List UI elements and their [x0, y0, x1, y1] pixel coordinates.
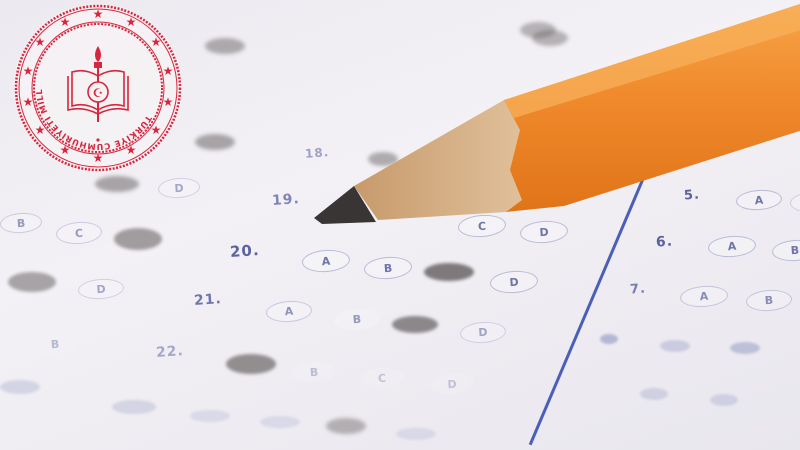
faint-bubble [640, 388, 668, 400]
faint-bubble [112, 400, 156, 414]
option-bubble-b[interactable]: B [291, 360, 336, 383]
svg-text:★: ★ [93, 151, 104, 165]
pencil [314, 0, 800, 240]
faint-bubble [260, 416, 300, 428]
svg-text:★: ★ [93, 7, 104, 21]
ministry-seal-logo: ★★★ ★★★ ★★★ ★★★ ★★ TÜRKİYE CUMHURİYETİ M… [10, 2, 186, 174]
svg-text:★: ★ [23, 64, 34, 78]
svg-text:★: ★ [35, 35, 46, 49]
faint-bubble [710, 394, 738, 406]
svg-text:★: ★ [151, 123, 162, 137]
svg-text:★: ★ [126, 15, 137, 29]
faint-bubble [190, 410, 230, 422]
option-bubble-b[interactable]: B [0, 212, 43, 235]
filled-bubble [8, 272, 56, 292]
option-bubble-b[interactable]: B [745, 288, 792, 312]
question-number: 19. [271, 191, 300, 209]
option-bubble-a[interactable]: A [679, 284, 728, 308]
filled-bubble-c[interactable] [392, 316, 438, 333]
svg-text:★: ★ [126, 143, 137, 157]
option-bubble-b[interactable]: B [771, 238, 800, 262]
svg-text:★: ★ [23, 95, 34, 109]
option-bubble-b[interactable]: B [333, 307, 380, 331]
filled-bubble [205, 38, 245, 54]
filled-bubble [114, 228, 162, 250]
filled-bubble [195, 134, 235, 150]
filled-bubble [95, 176, 139, 192]
option-bubble-a[interactable]: A [301, 248, 350, 273]
question-number: 7. [629, 281, 646, 297]
option-bubble-d[interactable]: D [157, 177, 200, 200]
option-bubble-d[interactable]: D [459, 320, 506, 344]
svg-text:★: ★ [151, 35, 162, 49]
pencil-wood-tip [354, 100, 522, 220]
option-bubble-d[interactable]: D [77, 277, 124, 300]
faint-bubble [660, 340, 690, 352]
svg-text:★: ★ [163, 64, 174, 78]
option-bubble[interactable]: B [31, 332, 78, 355]
svg-text:★: ★ [60, 15, 71, 29]
faint-bubble [600, 334, 618, 344]
faint-bubble [730, 342, 760, 354]
option-bubble-b[interactable]: B [363, 255, 412, 280]
crescent-star-icon: ☪ [93, 86, 104, 100]
option-bubble-c[interactable]: C [55, 220, 102, 245]
svg-text:★: ★ [163, 95, 174, 109]
option-bubble-c[interactable]: C [359, 366, 404, 389]
option-bubble-d[interactable]: D [489, 269, 538, 294]
question-number: 21. [193, 291, 222, 309]
option-bubble-d[interactable]: D [429, 372, 474, 395]
svg-text:★: ★ [35, 123, 46, 137]
question-number: 22. [155, 343, 184, 361]
question-number: 20. [229, 241, 260, 261]
option-bubble-a[interactable]: A [265, 299, 312, 323]
filled-bubble-a[interactable] [226, 354, 276, 374]
photo-scene: 18. D B C D 19. C D 20. A B D 21. A B D … [0, 0, 800, 450]
seal-dot [96, 138, 99, 141]
faint-bubble [0, 380, 40, 394]
svg-text:★: ★ [60, 143, 71, 157]
faint-bubble [396, 428, 436, 440]
filled-bubble-c[interactable] [424, 263, 474, 281]
filled-bubble [326, 418, 366, 434]
